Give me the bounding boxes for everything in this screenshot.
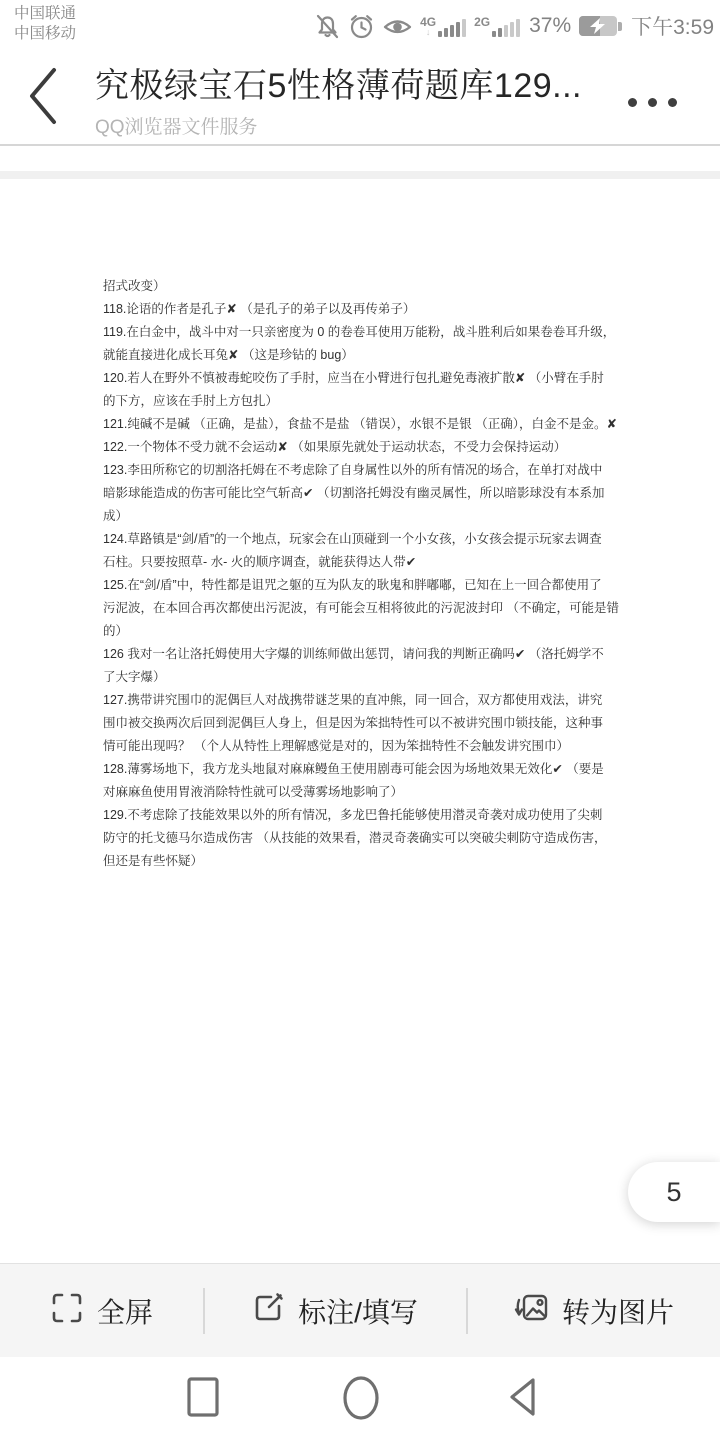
status-bar: 中国联通 中国移动: [0, 0, 720, 52]
more-menu-button[interactable]: [628, 92, 688, 112]
page-title: 究极绿宝石5性格薄荷题库129...: [95, 58, 605, 107]
menu-dot: [668, 98, 677, 107]
home-button[interactable]: [341, 1375, 381, 1426]
battery-percent: 37%: [529, 14, 571, 38]
carrier-line2: 中国移动: [14, 24, 76, 44]
menu-dot: [628, 98, 637, 107]
doc-line: 118.论语的作者是孔子✘ （是孔子的弟子以及再传弟子）: [103, 298, 630, 321]
back-nav-button[interactable]: [505, 1375, 541, 1424]
signal-2g-icon: 2G: [474, 16, 520, 37]
carrier-line1: 中国联通: [14, 4, 76, 24]
doc-line: 的）: [103, 620, 630, 643]
battery-charging-icon: [579, 16, 622, 36]
annotate-icon: [251, 1291, 285, 1330]
status-icons: 4G ↓ 2G 37%: [314, 0, 714, 52]
doc-line: 了大字爆）: [103, 666, 630, 689]
doc-line: 122.一个物体不受力就不会运动✘ （如果原先就处于运动状态，不受力会保持运动）: [103, 436, 630, 459]
carrier-labels: 中国联通 中国移动: [14, 4, 76, 44]
to-image-label: 转为图片: [562, 1291, 674, 1331]
toolbar-divider: [466, 1288, 468, 1334]
doc-line: 119.在白金中，战斗中对一只亲密度为 0 的卷卷耳使用万能粉，战斗胜利后如果卷…: [103, 321, 630, 344]
fullscreen-button[interactable]: 全屏: [0, 1264, 203, 1357]
eye-icon: [382, 14, 413, 39]
page-number: 5: [666, 1177, 681, 1208]
doc-line: 暗影球能造成的伤害可能比空气斩高✔ （切割洛托姆没有幽灵属性，所以暗影球没有本系…: [103, 482, 630, 505]
doc-line: 对麻麻鱼使用胃液消除特性就可以受薄雾场地影响了）: [103, 781, 630, 804]
doc-line: 127.携带讲究围巾的泥偶巨人对战携带谜芝果的直冲熊，同一回合，双方都使用戏法，…: [103, 689, 630, 712]
doc-line: 128.薄雾场地下，我方龙头地鼠对麻麻鳗鱼王使用剧毒可能会因为场地效果无效化✔ …: [103, 758, 630, 781]
data-arrow-indicator: ↓: [426, 28, 431, 37]
doc-line: 就能直接进化成长耳兔✘ （这是珍钻的 bug）: [103, 344, 630, 367]
to-image-icon: [512, 1291, 549, 1330]
page-subtitle: QQ浏览器文件服务: [95, 112, 605, 139]
screen: 中国联通 中国移动: [0, 0, 720, 1440]
recents-button[interactable]: [186, 1375, 220, 1424]
page-number-bubble[interactable]: 5: [628, 1162, 720, 1222]
doc-line: 成）: [103, 505, 630, 528]
doc-line: 但还是有些怀疑）: [103, 850, 630, 873]
toolbar-divider: [203, 1288, 205, 1334]
doc-line: 124.草路镇是“剑/盾”的一个地点，玩家会在山顶碰到一个小女孩，小女孩会提示玩…: [103, 528, 630, 551]
doc-line: 121.纯碱不是碱 （正确，是盐），食盐不是盐 （错误），水银不是银 （正确），…: [103, 413, 630, 436]
menu-dot: [648, 98, 657, 107]
signal-bars-1: [438, 19, 466, 37]
doc-line: 防守的托戈德马尔造成伤害 （从技能的效果看，潜灵奇袭确实可以突破尖刺防守造成伤害…: [103, 827, 630, 850]
android-nav-bar: [0, 1357, 720, 1440]
document-text: 招式改变） 118.论语的作者是孔子✘ （是孔子的弟子以及再传弟子） 119.在…: [0, 179, 720, 873]
annotate-button[interactable]: 标注/填写: [203, 1264, 466, 1357]
doc-line: 污泥波，在本回合再次都使出污泥波，有可能会互相将彼此的污泥波封印 （不确定，可能…: [103, 597, 630, 620]
doc-line: 123.李田所称它的切割洛托姆在不考虑除了自身属性以外的所有情况的场合，在单打对…: [103, 459, 630, 482]
doc-line: 的下方，应该在手肘上方包扎）: [103, 390, 630, 413]
network-type-1: 4G: [420, 16, 436, 28]
fullscreen-icon: [50, 1291, 84, 1330]
doc-line: 125.在“剑/盾”中，特性都是诅咒之躯的互为队友的耿鬼和胖嘟嘟，已知在上一回合…: [103, 574, 630, 597]
clock-time: 下午3:59: [631, 11, 714, 41]
doc-line: 石柱。只要按照草- 水- 火的顺序调查，就能获得达人带✔: [103, 551, 630, 574]
doc-line: 126 我对一名让洛托姆使用大字爆的训练师做出惩罚，请问我的判断正确吗✔ （洛托…: [103, 643, 630, 666]
page-gap-separator: [0, 171, 720, 179]
bottom-toolbar: 全屏 标注/填写 转为图片: [0, 1263, 720, 1357]
doc-line: 情可能出现吗？ （个人从特性上理解感觉是对的，因为笨拙特性不会触发讲究围巾）: [103, 735, 630, 758]
doc-line: 129.不考虑除了技能效果以外的所有情况，多龙巴鲁托能够使用潜灵奇袭对成功使用了…: [103, 804, 630, 827]
back-chevron-icon: [24, 62, 64, 135]
back-button[interactable]: [18, 62, 70, 134]
signal-bars-2: [492, 19, 520, 37]
doc-line: 120.若人在野外不慎被毒蛇咬伤了手肘，应当在小臂进行包扎避免毒液扩散✘ （小臂…: [103, 367, 630, 390]
convert-to-image-button[interactable]: 转为图片: [466, 1264, 720, 1357]
title-block: 究极绿宝石5性格薄荷题库129... QQ浏览器文件服务: [95, 58, 605, 139]
doc-line: 围巾被交换两次后回到泥偶巨人身上，但是因为笨拙特性可以不被讲究围巾锁技能，这种事: [103, 712, 630, 735]
annotate-label: 标注/填写: [298, 1291, 418, 1331]
signal-4g-icon: 4G ↓: [420, 16, 466, 37]
network-type-2: 2G: [474, 16, 490, 28]
doc-line: 招式改变）: [103, 275, 630, 298]
header-divider: [0, 144, 720, 146]
fullscreen-label: 全屏: [97, 1291, 153, 1331]
alarm-icon: [348, 13, 375, 40]
document-page[interactable]: 招式改变） 118.论语的作者是孔子✘ （是孔子的弟子以及再传弟子） 119.在…: [0, 179, 720, 1263]
app-header: 究极绿宝石5性格薄荷题库129... QQ浏览器文件服务: [0, 52, 720, 144]
mute-icon: [314, 13, 341, 40]
